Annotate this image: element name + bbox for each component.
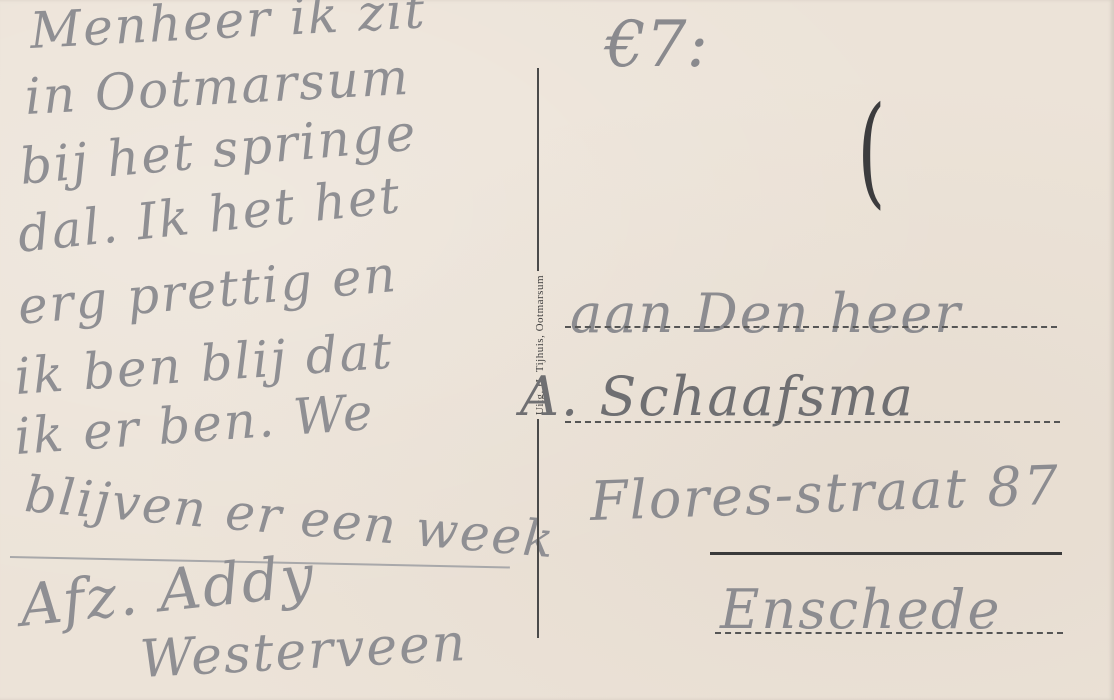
address-rule-2 <box>565 421 1060 423</box>
address-line-3: Flores-straat 87 <box>589 454 1061 533</box>
address-rule-1 <box>565 326 1057 328</box>
pencil-mark: ( <box>857 82 885 221</box>
price-note: €7: <box>605 8 708 82</box>
address-rule-4 <box>715 632 1063 634</box>
address-line-2: A. Schaafsma <box>520 365 915 428</box>
postcard-back: Menheer ik zit in Ootmarsum bij het spri… <box>0 0 1114 700</box>
address-line-1: aan Den heer <box>570 282 962 345</box>
signature: Westerveen <box>138 613 468 690</box>
address-rule-3 <box>710 552 1062 555</box>
message-line-5: erg prettig en <box>15 245 399 336</box>
